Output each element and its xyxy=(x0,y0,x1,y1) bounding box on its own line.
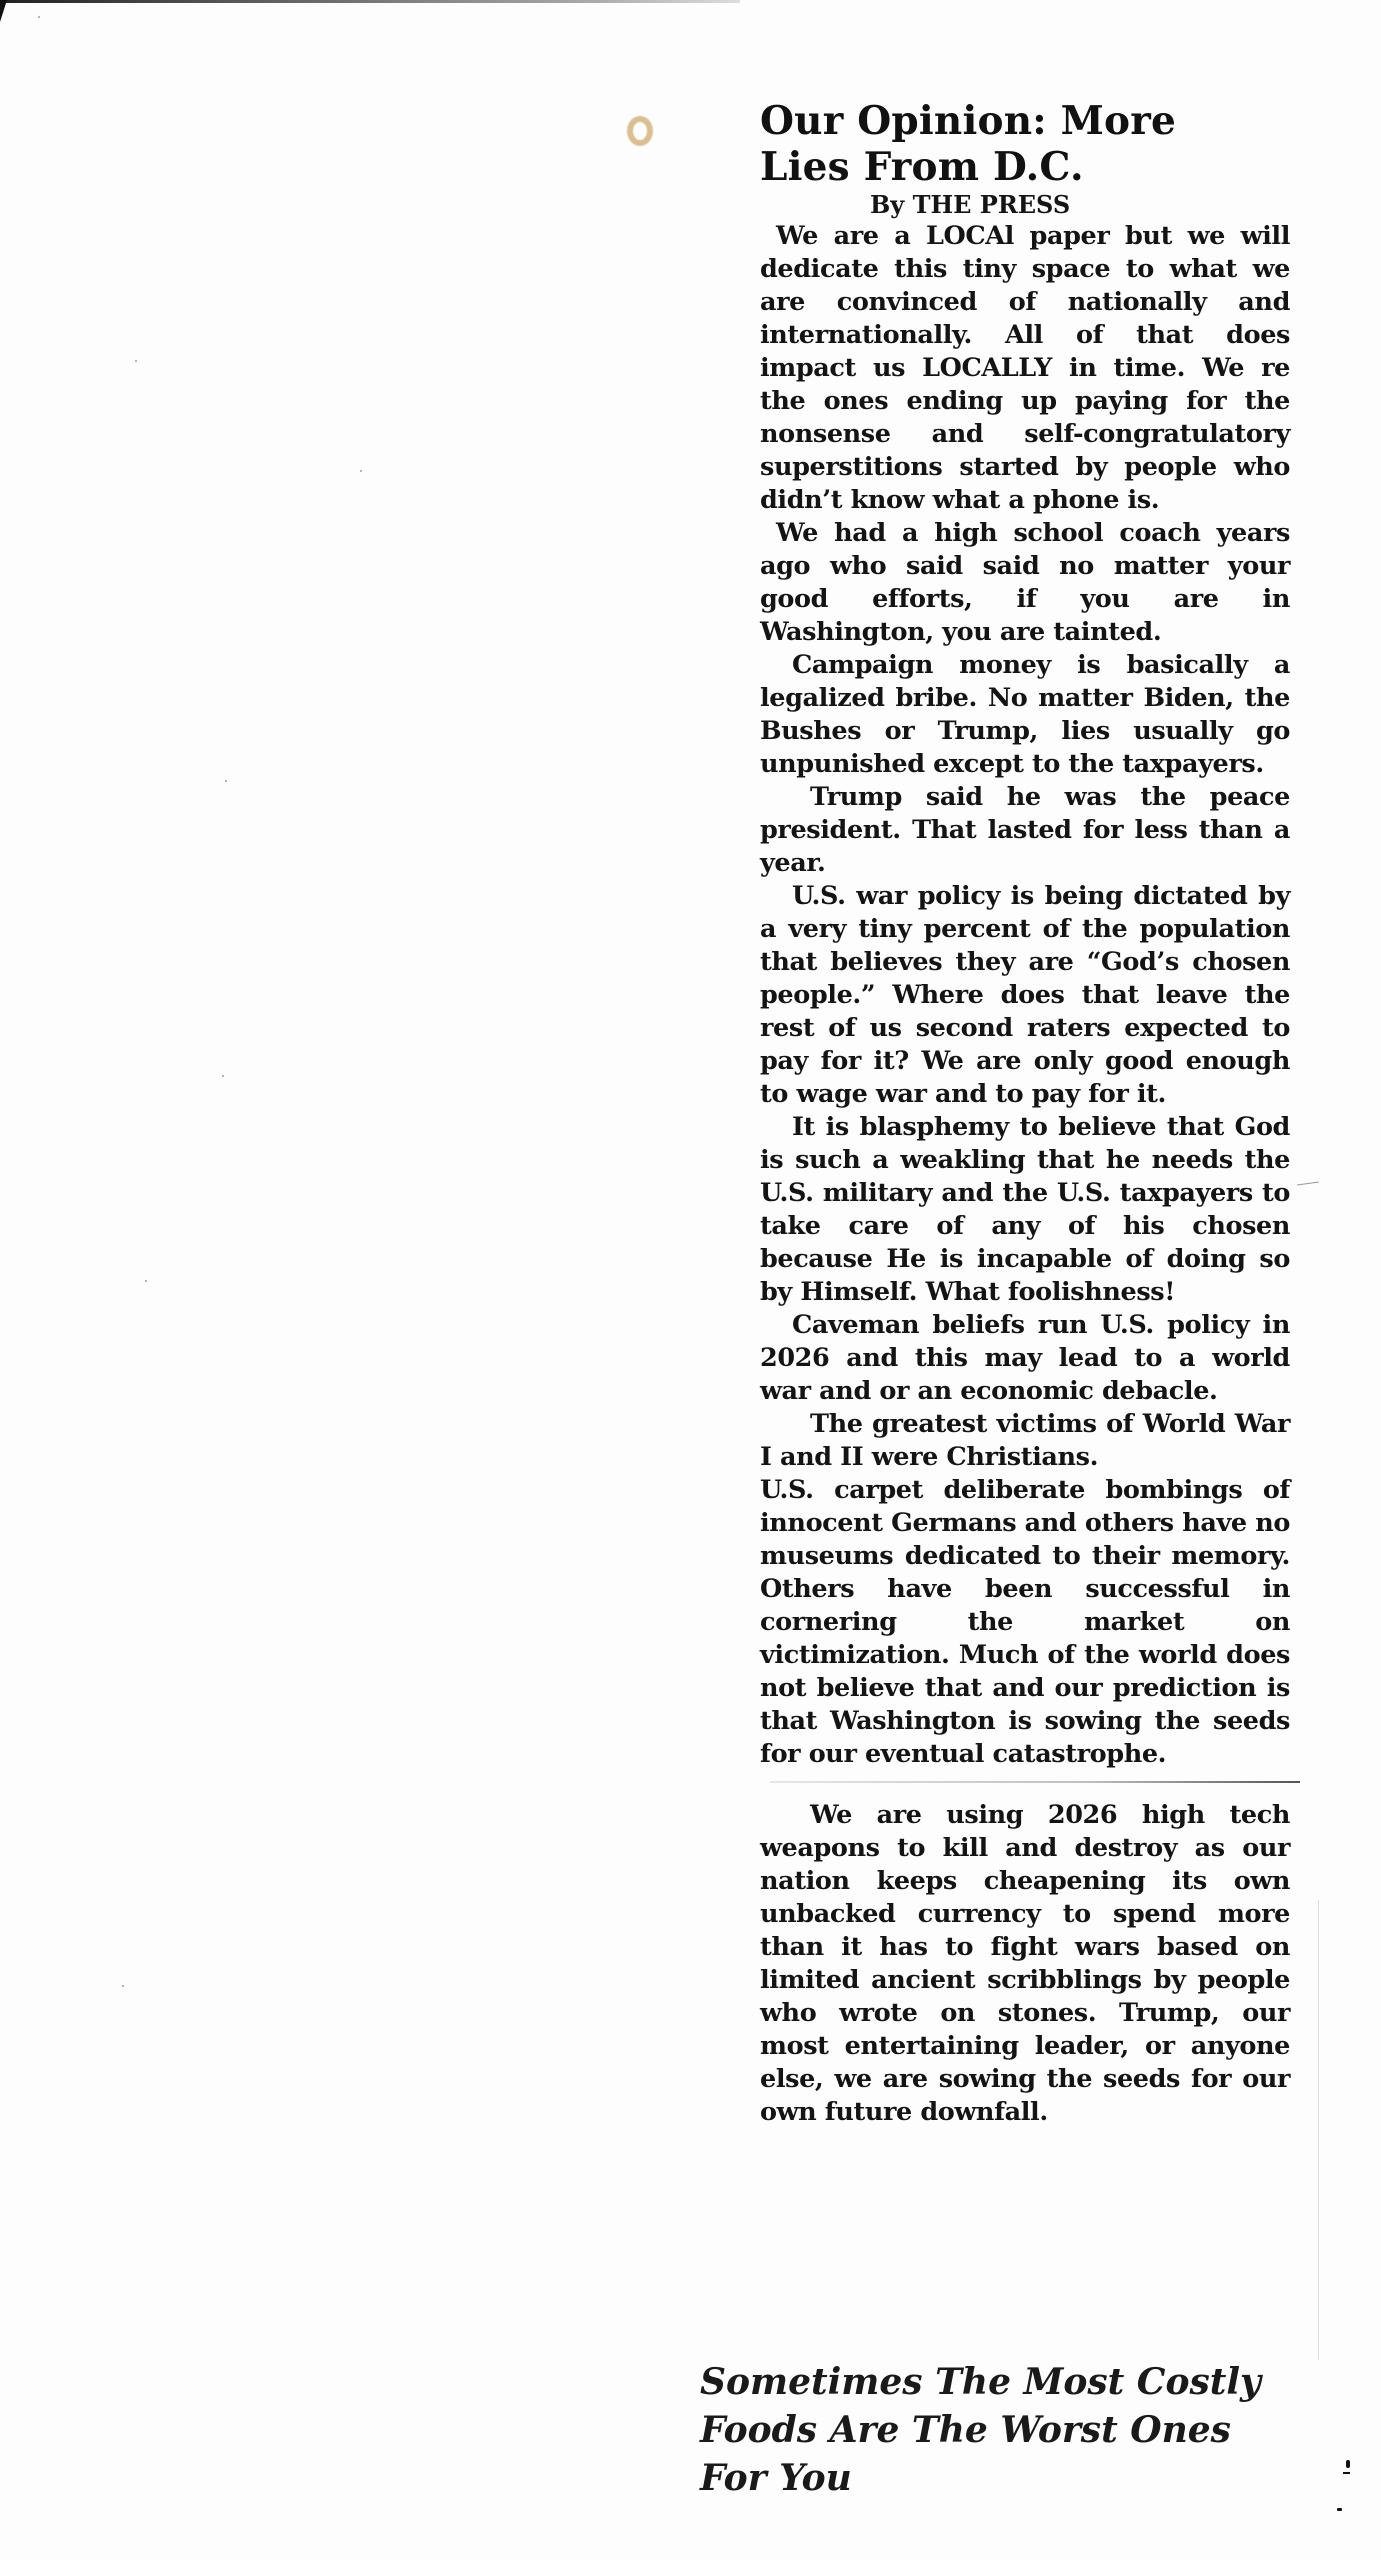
next-headline-line-1: Sometimes The Most Costly xyxy=(700,2361,1261,2403)
scan-speck xyxy=(225,780,227,782)
paragraph: U.S. war policy is being dictated by a v… xyxy=(760,880,1290,1111)
byline: By THE PRESS xyxy=(870,190,1290,220)
scan-mark xyxy=(1337,2508,1342,2511)
scan-mark xyxy=(1343,2472,1350,2474)
next-headline-line-3: For You xyxy=(700,2457,852,2499)
paragraph: Caveman beliefs run U.S. policy in 2026 … xyxy=(760,1309,1290,1408)
scan-speck xyxy=(38,16,40,18)
section-divider xyxy=(770,1781,1300,1783)
paragraph: Campaign money is basically a legalized … xyxy=(760,649,1290,781)
next-article-headline: Sometimes The Most Costly Foods Are The … xyxy=(700,2358,1320,2502)
scan-corner-shadow xyxy=(0,0,7,22)
paper-stain xyxy=(627,116,653,146)
article-body: We are a LOCAl paper but we will dedicat… xyxy=(760,220,1290,2129)
paragraph: We are a LOCAl paper but we will dedicat… xyxy=(760,220,1290,517)
scan-speck xyxy=(122,1985,124,1987)
paragraph: It is blasphemy to believe that God is s… xyxy=(760,1111,1290,1309)
scan-speck xyxy=(145,1280,147,1282)
paragraph: Trump said he was the peace president. T… xyxy=(760,781,1290,880)
paragraph: We had a high school coach years ago who… xyxy=(760,517,1290,649)
paragraph: We are using 2026 high tech weapons to k… xyxy=(760,1799,1290,2129)
scan-artifact-line xyxy=(1297,1181,1319,1185)
paragraph: U.S. carpet deliberate bombings of innoc… xyxy=(760,1474,1290,1771)
scan-top-edge xyxy=(0,0,740,3)
scan-speck xyxy=(135,360,137,362)
scan-mark xyxy=(1346,2460,1350,2468)
scan-speck xyxy=(360,470,362,472)
scan-speck xyxy=(222,1075,224,1077)
column-edge xyxy=(1318,1900,1319,2360)
opinion-article: Our Opinion: More Lies From D.C. By THE … xyxy=(760,98,1290,2129)
article-headline: Our Opinion: More Lies From D.C. xyxy=(760,98,1290,190)
headline-line-1: Our Opinion: More xyxy=(760,98,1176,144)
paragraph: The greatest victims of World War I and … xyxy=(760,1408,1290,1474)
next-headline-line-2: Foods Are The Worst Ones xyxy=(700,2409,1231,2451)
headline-line-2: Lies From D.C. xyxy=(760,144,1084,190)
